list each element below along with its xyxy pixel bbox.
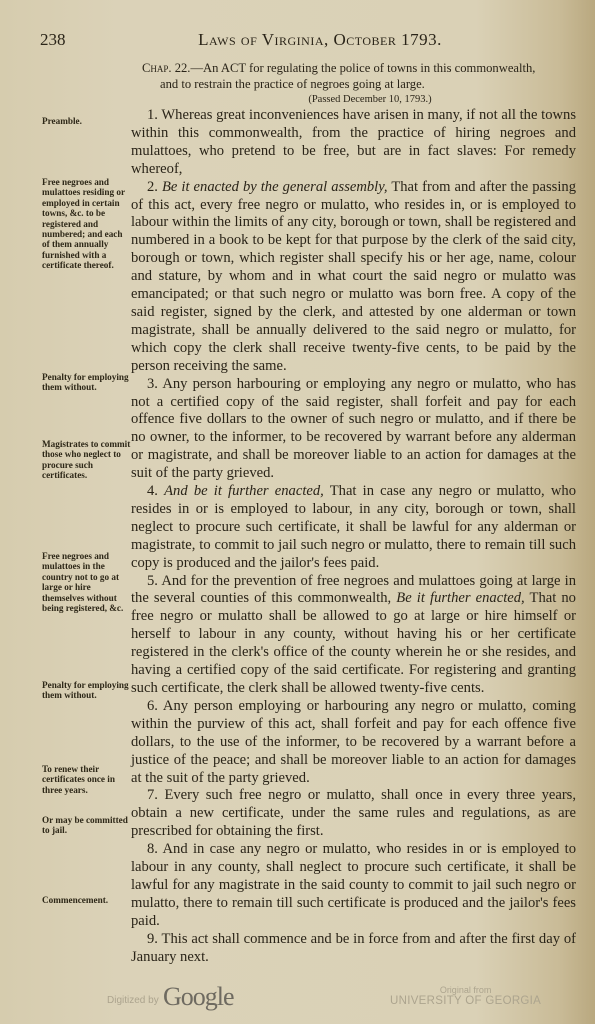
book-page: 238 Laws of Virginia, October 1793. Chap… xyxy=(0,0,595,1024)
section-5: 5. And for the prevention of free negroe… xyxy=(131,573,576,698)
margin-note-county: Free negroes and mulattoes in the countr… xyxy=(42,551,132,613)
section-6: 6. Any person employing or harbouring an… xyxy=(131,698,576,788)
margin-note-commencement: Commencement. xyxy=(42,895,132,905)
chapter-heading: Chap. 22.—An ACT for regulating the poli… xyxy=(142,60,542,92)
running-title: Laws of Virginia, October 1793. xyxy=(40,30,560,50)
margin-note-penalty-1: Penalty for employing them without. xyxy=(42,372,132,393)
margin-note-magistrates: Magistrates to commit those who neglect … xyxy=(42,439,132,481)
chapter-label: Chap. 22. xyxy=(142,61,190,75)
margin-note-registration: Free negroes and mulattoes residing or e… xyxy=(42,177,132,271)
original-from-label: Original from xyxy=(390,985,541,995)
section-4: 4. And be it further enacted, That in ca… xyxy=(131,483,576,573)
act-sections: 1. Whereas great inconveniences have ari… xyxy=(131,107,576,967)
section-1: 1. Whereas great inconveniences have ari… xyxy=(131,107,576,179)
institution-name: UNIVERSITY OF GEORGIA xyxy=(390,995,541,1007)
section-2: 2. Be it enacted by the general assembly… xyxy=(131,179,576,376)
original-source: Original from UNIVERSITY OF GEORGIA xyxy=(390,985,541,1007)
section-7: 7. Every such free negro or mulatto, sha… xyxy=(131,787,576,841)
chapter-title: —An ACT for regulating the police of tow… xyxy=(160,61,535,91)
page-header: 238 Laws of Virginia, October 1793. xyxy=(40,30,560,52)
passed-date: (Passed December 10, 1793.) xyxy=(0,94,595,105)
margin-note-renew: To renew their certificates once in thre… xyxy=(42,764,132,795)
margin-note-jail: Or may be committed to jail. xyxy=(42,815,132,836)
margin-note-preamble: Preamble. xyxy=(42,116,132,126)
digitized-by-label: Digitized by xyxy=(107,995,159,1006)
google-logo: Google xyxy=(163,982,234,1012)
digitization-footer: Digitized by Google Original from UNIVER… xyxy=(0,985,595,1015)
section-3: 3. Any person harbouring or employing an… xyxy=(131,376,576,483)
section-8: 8. And in case any negro or mulatto, who… xyxy=(131,841,576,931)
margin-note-penalty-2: Penalty for employing them without. xyxy=(42,680,132,701)
section-9: 9. This act shall commence and be in for… xyxy=(131,931,576,967)
